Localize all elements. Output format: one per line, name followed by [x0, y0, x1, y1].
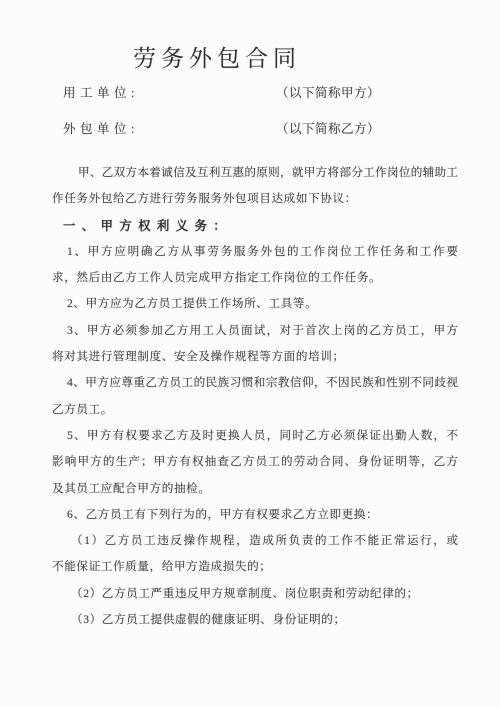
clause-line: 乙方员工。 — [52, 397, 458, 423]
subclause-line: 不能保证工作质量，给甲方造成损失的； — [52, 554, 458, 580]
clause-line: 2、甲方应为乙方员工提供工作场所、工具等。 — [52, 291, 458, 317]
contractor-label: 外包单位: — [63, 122, 139, 137]
subclause-line: （1）乙方员工违反操作规程，造成所负责的工作不能正常运行，或 — [52, 528, 458, 554]
section-heading: 一、甲方权利义务： — [52, 213, 458, 239]
subclause-line: （3）乙方员工提供虚假的健康证明、身份证明的； — [52, 607, 458, 633]
party-row-contractor: 外包单位: （以下简称乙方） — [63, 122, 380, 137]
document-page: 劳务外包合同 用工单位: （以下简称甲方） 外包单位: （以下简称乙方） 甲、乙… — [0, 0, 500, 707]
employer-alias: （以下简称甲方） — [276, 86, 380, 101]
clause-line: 求，然后由乙方工作人员完成甲方指定工作岗位的工作任务。 — [52, 265, 458, 291]
clause-line: 4、甲方应尊重乙方员工的民族习惯和宗教信仰，不因民族和性别不同歧视 — [52, 370, 458, 396]
employer-label: 用工单位: — [63, 86, 139, 101]
document-title: 劳务外包合同 — [133, 46, 301, 71]
clause-line: 影响甲方的生产；甲方有权抽查乙方员工的劳动合同、身份证明等，乙方 — [52, 449, 458, 475]
clause-line: 1、甲方应明确乙方从事劳务服务外包的工作岗位工作任务和工作要 — [52, 239, 458, 265]
clause-line: 6、乙方员工有下列行为的，甲方有权要求乙方立即更换： — [52, 502, 458, 528]
preamble-line: 甲、乙双方本着诚信及互利互惠的原则，就甲方将部分工作岗位的辅助工 — [52, 160, 458, 186]
document-body: 甲、乙双方本着诚信及互利互惠的原则，就甲方将部分工作岗位的辅助工 作任务外包给乙… — [52, 160, 458, 633]
contractor-alias: （以下简称乙方） — [276, 122, 380, 137]
party-row-employer: 用工单位: （以下简称甲方） — [63, 86, 380, 101]
clause-line: 5、甲方有权要求乙方及时更换人员，同时乙方必须保证出勤人数，不 — [52, 423, 458, 449]
clause-line: 将对其进行管理制度、安全及操作规程等方面的培训； — [52, 344, 458, 370]
subclause-line: （2）乙方员工严重违反甲方规章制度、岗位职责和劳动纪律的； — [52, 581, 458, 607]
clause-line: 及其员工应配合甲方的抽检。 — [52, 476, 458, 502]
clause-line: 3、甲方必须参加乙方用工人员面试，对于首次上岗的乙方员工，甲方 — [52, 318, 458, 344]
preamble-line: 作任务外包给乙方进行劳务服务外包项目达成如下协议： — [52, 186, 458, 212]
